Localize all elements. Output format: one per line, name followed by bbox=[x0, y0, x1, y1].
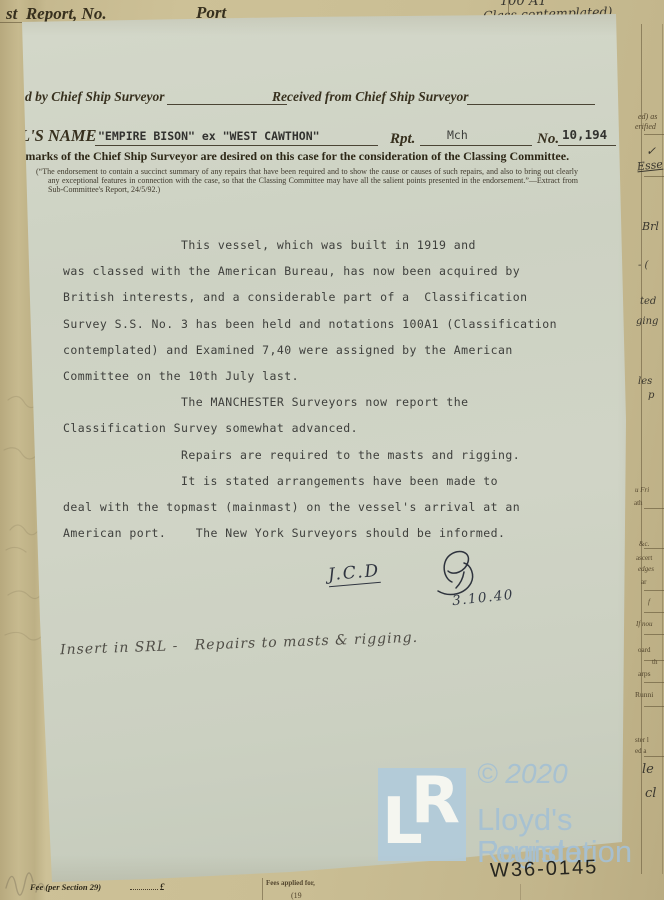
typed-line: Committee on the 10th July last. bbox=[63, 369, 557, 395]
right-column-line bbox=[644, 612, 664, 613]
form-fragment: - ( bbox=[638, 260, 648, 271]
rpt-label: Rpt. bbox=[390, 131, 415, 148]
typed-line: Repairs are required to the masts and ri… bbox=[63, 448, 557, 474]
form-fragment: ted bbox=[640, 296, 656, 307]
form-fragment: ath bbox=[634, 499, 643, 507]
endorsement-footnote: (“The endorsement to contain a succinct … bbox=[36, 168, 578, 194]
form-fragment: ✓ bbox=[646, 144, 656, 158]
margin-note: Insert in SRL - Repairs to masts & riggi… bbox=[60, 630, 418, 658]
typed-line: Classification Survey somewhat advanced. bbox=[63, 421, 557, 447]
form-fragment: edges bbox=[638, 565, 654, 573]
right-column-line bbox=[644, 590, 664, 591]
rpt-blank bbox=[420, 144, 532, 146]
form-fragment: ar bbox=[641, 578, 646, 586]
typed-line: It is stated arrangements have been made… bbox=[63, 474, 557, 500]
right-column-line bbox=[644, 706, 664, 707]
typed-body: This vessel, which was built in 1919 and… bbox=[63, 238, 557, 552]
vessel-name-label: L'S NAME bbox=[20, 126, 97, 146]
typed-line: British interests, and a considerable pa… bbox=[63, 290, 557, 316]
received-by-label: d by Chief Ship Surveyor bbox=[25, 89, 165, 105]
form-fragment: f bbox=[648, 598, 650, 606]
typed-line: American port. The New York Surveyors sh… bbox=[63, 526, 557, 552]
form-fragment: ging bbox=[636, 316, 658, 327]
form-fragment: cl bbox=[645, 786, 656, 801]
typed-line: This vessel, which was built in 1919 and bbox=[63, 238, 557, 264]
typed-line: The MANCHESTER Surveyors now report the bbox=[63, 395, 557, 421]
form-fragment: ed) as bbox=[638, 112, 657, 121]
form-fragment: ed a bbox=[635, 747, 646, 755]
right-column-line bbox=[644, 548, 664, 549]
vessel-name-blank bbox=[95, 144, 378, 146]
rpt-value: Mch bbox=[447, 128, 468, 142]
right-column-line bbox=[644, 176, 664, 177]
fee-leader bbox=[130, 889, 158, 890]
signature-initials: J.C.D bbox=[327, 561, 381, 587]
form-fragment: Runni bbox=[635, 690, 653, 699]
form-fragment: ascert bbox=[636, 554, 652, 562]
form-fragment: Brl bbox=[642, 220, 659, 233]
form-fragment: p bbox=[648, 390, 654, 401]
form-fragment: &c. bbox=[639, 540, 649, 548]
form-fragment: oard bbox=[638, 646, 650, 654]
typed-line: Survey S.S. No. 3 has been held and nota… bbox=[63, 317, 557, 343]
form-fragment: u Fri bbox=[635, 486, 649, 494]
form-fragment: erified bbox=[635, 122, 656, 131]
form-fragment: arps bbox=[638, 669, 651, 678]
vessel-name-value: "EMPIRE BISON" ex "WEST CAWTHON" bbox=[98, 129, 320, 143]
no-value: 10,194 bbox=[562, 127, 607, 142]
right-column-line bbox=[644, 660, 664, 661]
pound-sign: £ bbox=[160, 882, 165, 892]
report-page: d by Chief Ship Surveyor Received from C… bbox=[0, 0, 664, 900]
right-edge-rule bbox=[662, 24, 663, 874]
right-column-line bbox=[644, 134, 664, 135]
form-fragment: If nou bbox=[636, 620, 653, 628]
right-column-line bbox=[644, 756, 664, 757]
right-column-line bbox=[644, 682, 664, 683]
right-column-line bbox=[644, 508, 664, 509]
typed-line: was classed with the American Bureau, ha… bbox=[63, 264, 557, 290]
received-by-blank bbox=[167, 103, 287, 105]
bottom-divider bbox=[262, 878, 263, 900]
year-fragment: (19 bbox=[291, 891, 302, 900]
no-label: No. bbox=[537, 131, 559, 148]
fees-applied-label: Fees applied for, bbox=[266, 879, 315, 887]
fee-label: Fee (per Section 29) bbox=[30, 882, 101, 892]
received-from-blank bbox=[467, 103, 595, 105]
typed-line: contemplated) and Examined 7,40 were ass… bbox=[63, 343, 557, 369]
right-column-line bbox=[644, 634, 664, 635]
scanned-document: st Report, No. Port 100 A1 Class contemp… bbox=[0, 0, 664, 900]
no-blank bbox=[558, 144, 616, 146]
typed-line: deal with the topmast (mainmast) on the … bbox=[63, 500, 557, 526]
received-from-label: Received from Chief Ship Surveyor bbox=[272, 89, 468, 105]
form-fragment: les bbox=[638, 376, 652, 387]
bottom-divider-2 bbox=[520, 884, 521, 900]
form-fragment: le bbox=[642, 762, 654, 777]
form-fragment: Esse bbox=[636, 158, 663, 174]
form-fragment: ster l bbox=[635, 736, 649, 744]
remarks-notice: emarks of the Chief Ship Surveyor are de… bbox=[20, 149, 620, 164]
